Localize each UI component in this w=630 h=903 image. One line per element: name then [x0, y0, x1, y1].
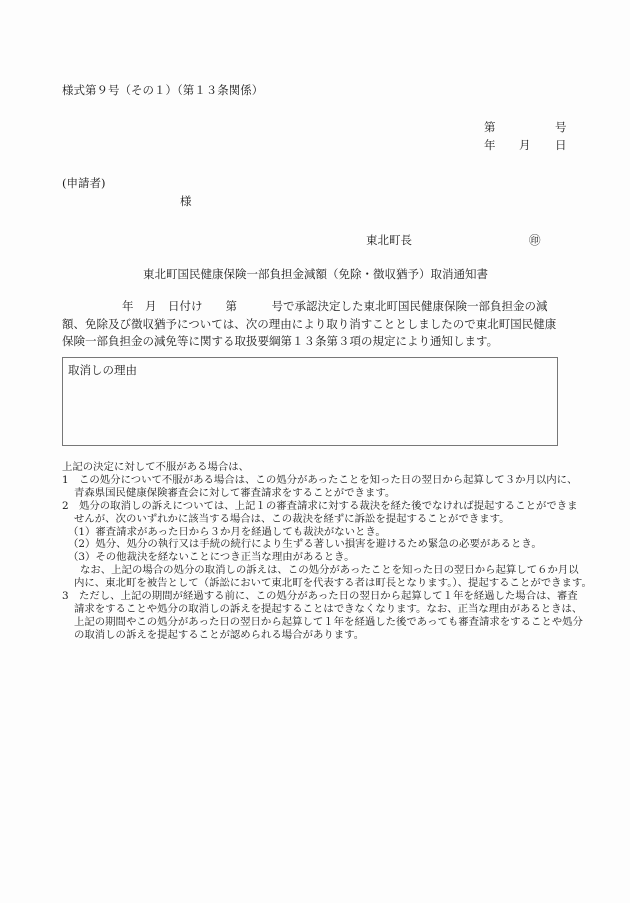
note-line: （2）処分、処分の執行又は手続の続行により生ずる著しい損害を避けるため緊急の必要…	[62, 538, 572, 551]
seal-icon: ㊞	[529, 233, 541, 247]
note-line: せんが、次のいずれかに該当する場合は、この裁決を経ずに訴訟を提起することができま…	[62, 513, 572, 526]
note-line: 上記の期間やこの処分があった日の翌日から起算して１年を経過した後であっても審査請…	[62, 616, 572, 629]
date-year: 年	[484, 138, 496, 152]
note-line: 1 この処分について不服がある場合は、この処分があったことを知った日の翌日から起…	[62, 474, 572, 487]
note-line: 内に、東北町を被告として（訴訟において東北町を代表する者は町長となります。）、提…	[62, 577, 572, 590]
document-title: 東北町国民健康保険一部負担金減額（免除・徴収猶予）取消通知書	[143, 267, 488, 281]
note-line: （3）その他裁決を経ないことにつき正当な理由があるとき。	[62, 551, 572, 564]
body-line-3: 保険一部負担金の減免等に関する取扱要綱第１３条第３項の規定により通知します。	[62, 333, 562, 351]
issue-number-suffix: 号	[555, 120, 567, 134]
honorific: 様	[180, 194, 192, 208]
issuer-name: 東北町長	[366, 233, 412, 247]
applicant-label: (申請者)	[62, 176, 105, 190]
body-paragraph: 年 月 日付け 第 号で承認決定した東北町国民健康保険一部負担金の減 額、免除及…	[62, 298, 562, 351]
reason-label: 取消しの理由	[68, 362, 137, 378]
date-day: 日	[555, 138, 567, 152]
note-line: なお、上記の場合の処分の取消しの訴えは、この処分があったことを知った日の翌日から…	[62, 564, 572, 577]
appeal-notes: 上記の決定に対して不服がある場合は、 1 この処分について不服がある場合は、この…	[62, 461, 572, 642]
date-month: 月	[519, 138, 531, 152]
body-line-1: 年 月 日付け 第 号で承認決定した東北町国民健康保険一部負担金の減	[62, 298, 562, 316]
note-line: 請求をすることや処分の取消しの訴えを提起することはできなくなります。なお、正当な…	[62, 603, 572, 616]
note-line: 青森県国民健康保険審査会に対して審査請求をすることができます。	[62, 487, 572, 500]
note-line: 上記の決定に対して不服がある場合は、	[62, 461, 572, 474]
note-line: の取消しの訴えを提起することが認められる場合があります。	[62, 629, 572, 642]
reason-box: 取消しの理由	[62, 357, 558, 446]
issue-number-prefix: 第	[484, 120, 496, 134]
body-line-2: 額、免除及び徴収猶予については、次の理由により取り消すこととしましたので東北町国…	[62, 316, 562, 334]
note-line: （1）審査請求があった日から３か月を経過しても裁決がないとき。	[62, 526, 572, 539]
note-line: 3 ただし、上記の期間が経過する前に、この処分があった日の翌日から起算して１年を…	[62, 590, 572, 603]
note-line: 2 処分の取消しの訴えについては、上記１の審査請求に対する裁決を経た後でなければ…	[62, 500, 572, 513]
form-number: 様式第９号（その１）（第１３条関係）	[62, 83, 263, 97]
